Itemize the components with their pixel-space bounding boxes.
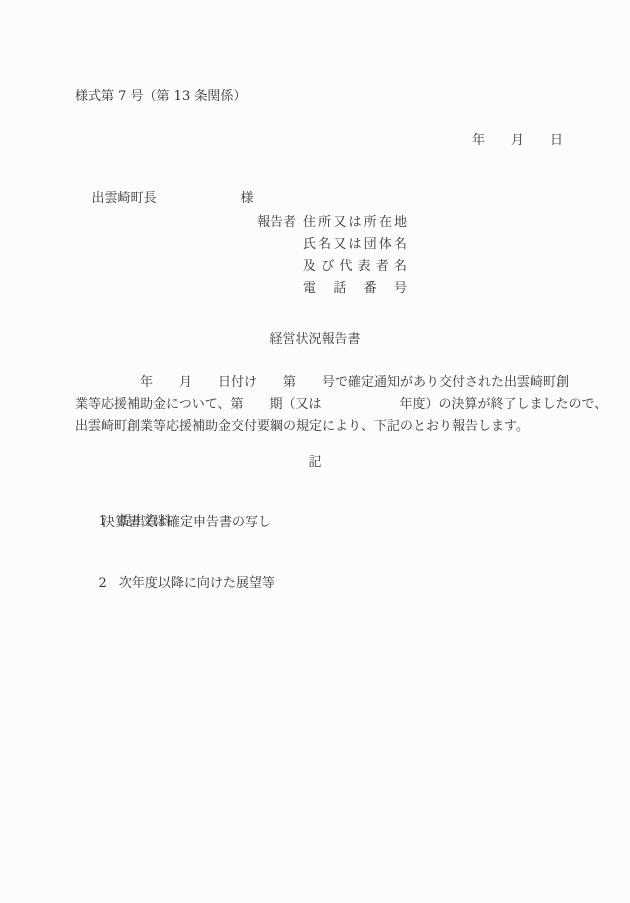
reporter-block: 報告者 住所又は所在地 氏名又は団体名 及び代表者名 電話番号: [257, 212, 407, 300]
list-item-1-detail: 決算書又は確定申告書の写し: [102, 513, 271, 533]
addressee-line: 出雲崎町長様: [75, 169, 254, 229]
reporter-fields: 住所又は所在地 氏名又は団体名 及び代表者名 電話番号: [303, 212, 407, 300]
document-title: 経営状況報告書: [0, 330, 630, 350]
list-item-2: 2次年度以降に向けた展望等: [82, 554, 275, 614]
reporter-field-address-label: 住所又は所在地: [303, 212, 407, 234]
reporter-label: 報告者: [257, 212, 296, 234]
reporter-field-representative-label: 及び代表者名: [303, 256, 407, 278]
list-item-2-number: 2: [99, 576, 107, 591]
body-paragraph: 年 月 日付け 第 号で確定通知があり交付された出雲崎町創 業等応援補助金につい…: [75, 372, 607, 438]
list-item-2-title: 次年度以降に向けた展望等: [119, 576, 275, 591]
body-line-1: 年 月 日付け 第 号で確定通知があり交付された出雲崎町創: [75, 372, 607, 394]
body-line-2: 業等応援補助金について、第 期（又は 年度）の決算が終了しましたので、: [75, 394, 607, 416]
document-page: 様式第 7 号（第 13 条関係） 年 月 日 出雲崎町長様 報告者 住所又は所…: [0, 0, 630, 903]
record-marker: 記: [0, 453, 630, 473]
reporter-field-name-label: 氏名又は団体名: [303, 234, 407, 256]
date-line: 年 月 日: [472, 131, 563, 151]
body-line-3: 出雲崎町創業等応援補助金交付要綱の規定により、下記のとおり報告します。: [75, 416, 607, 438]
reporter-field-phone-label: 電話番号: [303, 278, 407, 300]
addressee-honorific: 様: [241, 191, 254, 206]
form-number: 様式第 7 号（第 13 条関係）: [75, 87, 246, 107]
addressee-name: 出雲崎町長: [92, 191, 157, 206]
